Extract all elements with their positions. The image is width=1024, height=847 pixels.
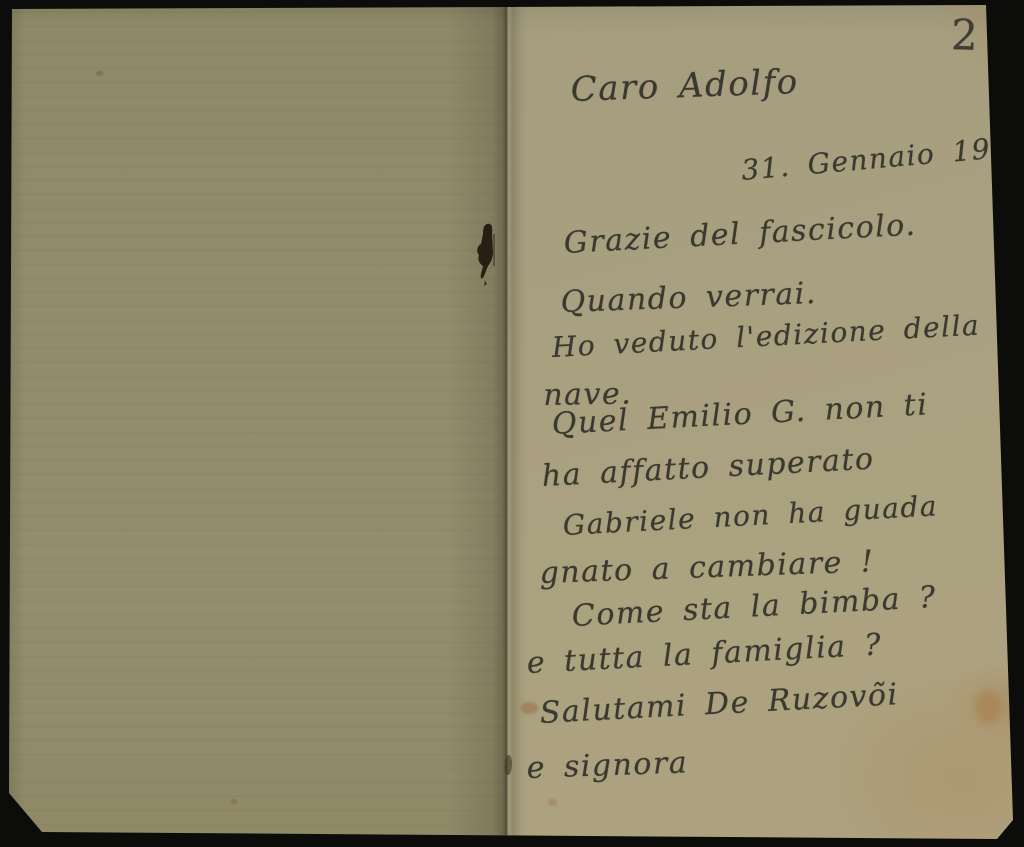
stain [231, 799, 237, 804]
stain [521, 702, 538, 714]
stain [975, 690, 1001, 724]
letter-line: e signora [526, 745, 689, 786]
page-number: 2 [950, 10, 978, 60]
salutation-line: Caro Adolfo [570, 62, 799, 110]
fold-crease [493, 0, 521, 847]
letter-sheet: 2 Caro Adolfo 31. Gennaio 1908 Grazie de… [0, 0, 1024, 847]
stain [548, 799, 557, 806]
ink-blot [471, 222, 501, 292]
page-left-blank [0, 0, 507, 847]
stain [96, 71, 103, 76]
